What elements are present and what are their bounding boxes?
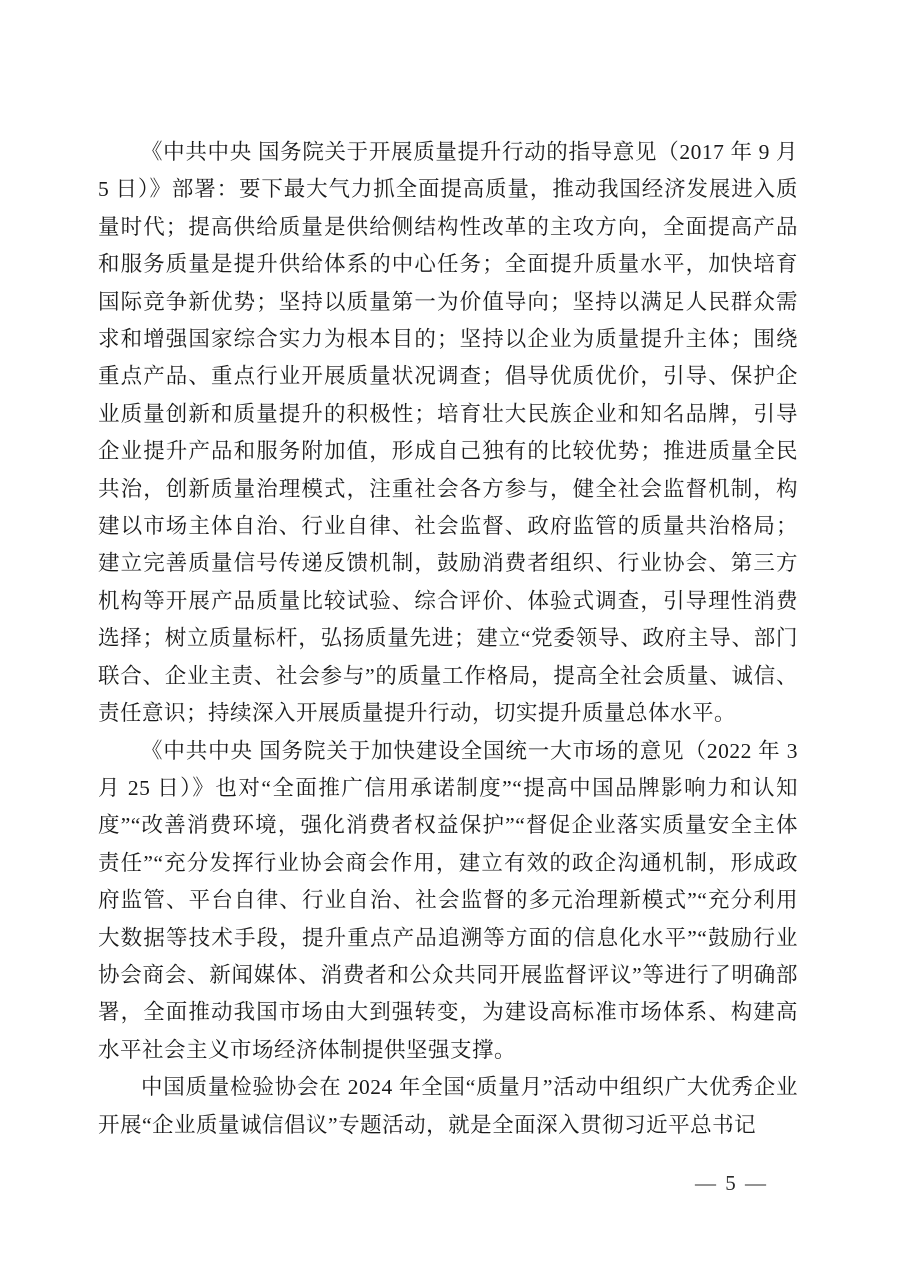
- document-body: 《中共中央 国务院关于开展质量提升行动的指导意见（2017 年 9 月 5 日）…: [98, 134, 798, 1144]
- paragraph-quality-month-activity: 中国质量检验协会在 2024 年全国“质量月”活动中组织广大优秀企业开展“企业质…: [98, 1069, 798, 1144]
- document-page: 《中共中央 国务院关于开展质量提升行动的指导意见（2017 年 9 月 5 日）…: [0, 0, 900, 1273]
- paragraph-quality-improvement-action-opinion: 《中共中央 国务院关于开展质量提升行动的指导意见（2017 年 9 月 5 日）…: [98, 134, 798, 733]
- page-number: — 5 —: [695, 1168, 768, 1198]
- paragraph-unified-national-market-opinion: 《中共中央 国务院关于加快建设全国统一大市场的意见（2022 年 3 月 25 …: [98, 733, 798, 1070]
